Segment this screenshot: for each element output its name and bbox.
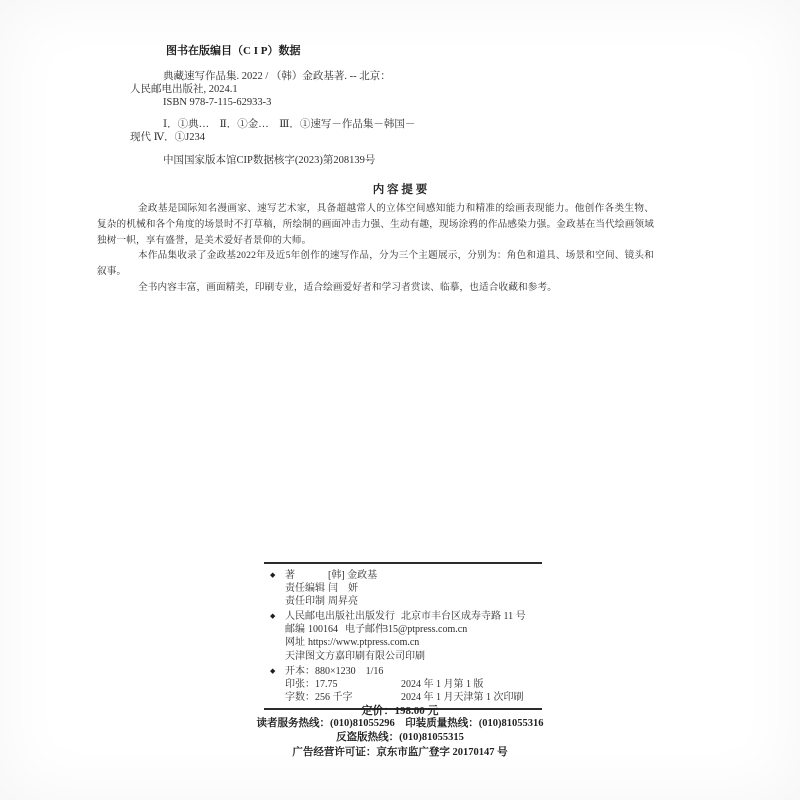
publisher-name: 人民邮电出版社出版发行 [285, 610, 395, 623]
publisher-address: 北京市丰台区成寿寺路 11 号 [401, 610, 526, 623]
printer-name: 天津图文方嘉印刷有限公司印刷 [285, 650, 425, 663]
diamond-bullet-icon: ◆ [270, 569, 275, 582]
colophon-rows: ◆ 著 [韩] 金政基 责任编辑 闫 妍 责任印制 周昇亮 ◆ 人民邮电出版社出… [264, 564, 542, 709]
colophon-row-format: ◆ 开本：880×1230 1/16 [264, 665, 542, 678]
colophon-row-editor: 责任编辑 闫 妍 [264, 582, 542, 595]
abstract-paragraph-3: 全书内容丰富，画面精美，印刷专业，适合绘画爱好者和学习者赏读、临摹，也适合收藏和… [97, 280, 654, 296]
print-supervisor-label: 责任印制 [285, 595, 325, 608]
colophon-row-publisher: ◆ 人民邮电出版社出版发行 北京市丰台区成寿寺路 11 号 [264, 610, 542, 623]
cip-isbn: ISBN 978-7-115-62933-3 [130, 96, 500, 109]
price-line: 定价：198.00 元 [0, 702, 800, 718]
format-value: 开本：880×1230 1/16 [285, 665, 383, 678]
postcode-label: 邮编 [285, 623, 305, 636]
abstract-body: 金政基是国际知名漫画家、速写艺术家，具备超越常人的立体空间感知能力和精准的绘画表… [97, 201, 654, 296]
abstract-title: 内 容 提 要 [0, 181, 800, 197]
cip-citation-line1: 典藏速写作品集. 2022 / （韩）金政基著. -- 北京： [130, 70, 500, 83]
diamond-bullet-icon: ◆ [270, 610, 275, 623]
colophon-row-printer: 天津图文方嘉印刷有限公司印刷 [264, 650, 542, 663]
hotline-antipiracy: 反盗版热线：(010)81055315 [0, 731, 800, 745]
sheets-value: 印张：17.75 [285, 678, 338, 691]
diamond-bullet-icon: ◆ [270, 665, 275, 678]
author-label: 著 [285, 569, 295, 582]
cip-classification-line1: Ⅰ．①典… Ⅱ．①金… Ⅲ．①速写－作品集－韩国－ [130, 118, 500, 131]
email-value: 315@ptpress.com.cn [383, 623, 467, 636]
ad-license: 广告经营许可证：京东市监广登字 20170147 号 [0, 746, 800, 760]
cip-citation-line2: 人民邮电出版社, 2024.1 [130, 83, 500, 96]
colophon-row-author: ◆ 著 [韩] 金政基 [264, 569, 542, 582]
footer-hotlines: 读者服务热线：(010)81055296 印装质量热线：(010)8105531… [0, 717, 800, 760]
author-value: [韩] 金政基 [328, 569, 377, 582]
print-supervisor-value: 周昇亮 [328, 595, 358, 608]
editor-value: 闫 妍 [328, 582, 358, 595]
cip-header: 图书在版编目（C I P）数据 [130, 45, 500, 58]
book-copyright-page: 图书在版编目（C I P）数据 典藏速写作品集. 2022 / （韩）金政基著.… [0, 0, 800, 800]
editor-label: 责任编辑 [285, 582, 325, 595]
colophon-row-website: 网址 https://www.ptpress.com.cn [264, 636, 542, 649]
hotline-readers-quality: 读者服务热线：(010)81055296 印装质量热线：(010)8105531… [0, 717, 800, 731]
cip-block: 图书在版编目（C I P）数据 典藏速写作品集. 2022 / （韩）金政基著.… [130, 45, 500, 167]
colophon-row-print-supervisor: 责任印制 周昇亮 [264, 595, 542, 608]
postcode-value: 100164 [308, 623, 338, 636]
website-label: 网址 [285, 636, 305, 649]
abstract-paragraph-1: 金政基是国际知名漫画家、速写艺术家，具备超越常人的立体空间感知能力和精准的绘画表… [97, 201, 654, 248]
email-label: 电子邮件 [345, 623, 385, 636]
colophon-block: ◆ 著 [韩] 金政基 责任编辑 闫 妍 责任印制 周昇亮 ◆ 人民邮电出版社出… [264, 562, 542, 710]
cip-classification-line2: 现代 Ⅳ．①J234 [130, 131, 500, 144]
colophon-row-sheets-edition: 印张：17.75 2024 年 1 月第 1 版 [264, 678, 542, 691]
cip-classification: Ⅰ．①典… Ⅱ．①金… Ⅲ．①速写－作品集－韩国－ 现代 Ⅳ．①J234 [130, 118, 500, 144]
cip-record-number: 中国国家版本馆CIP数据核字(2023)第208139号 [130, 154, 500, 167]
website-url: https://www.ptpress.com.cn [308, 636, 419, 649]
cip-citation: 典藏速写作品集. 2022 / （韩）金政基著. -- 北京： 人民邮电出版社,… [130, 70, 500, 109]
abstract-paragraph-2: 本作品集收录了金政基2022年及近5年创作的速写作品，分为三个主题展示，分别为：… [97, 248, 654, 280]
edition-value: 2024 年 1 月第 1 版 [401, 678, 484, 691]
colophon-row-postcode-email: 邮编 100164 电子邮件 315@ptpress.com.cn [264, 623, 542, 636]
